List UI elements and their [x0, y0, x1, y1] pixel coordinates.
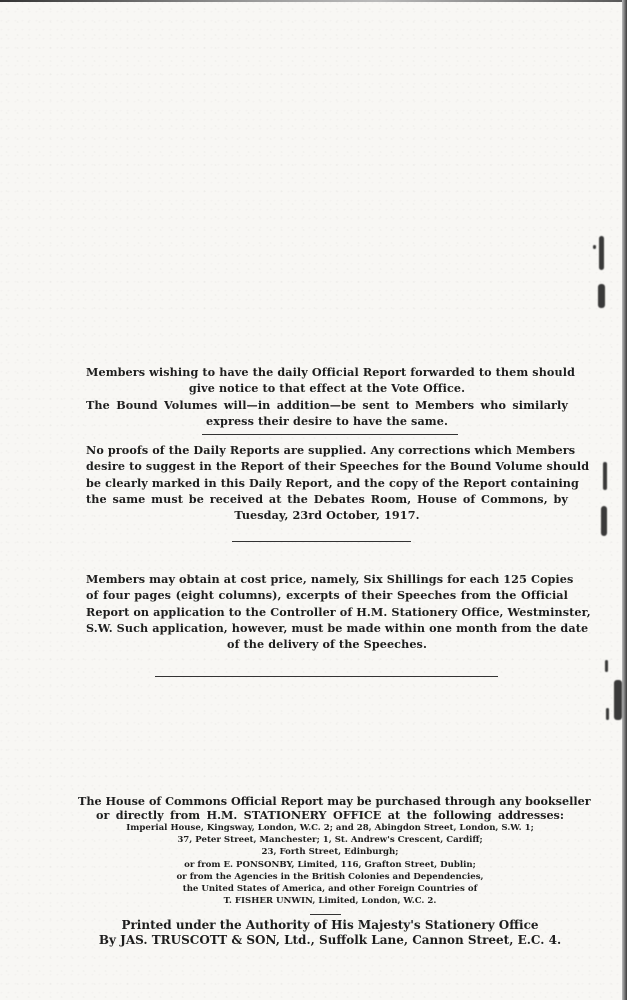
address-line: or from E. PONSONBY, Limited, 116, Graft…: [70, 859, 590, 871]
printer-line: Printed under the Authority of His Majes…: [70, 918, 590, 933]
scan-mark: [601, 506, 607, 536]
notice-line: express their desire to have the same.: [86, 413, 568, 429]
notice-line: Members wishing to have the daily Offici…: [86, 364, 568, 380]
address-line: T. FISHER UNWIN, Limited, London, W.C. 2…: [70, 895, 590, 907]
scan-mark: [598, 284, 605, 308]
divider-rule: [202, 434, 458, 435]
scan-mark: [593, 245, 596, 249]
document-page: Members wishing to have the daily Offici…: [0, 0, 627, 1000]
address-line: 37, Peter Street, Manchester; 1, St. And…: [70, 834, 590, 846]
divider-rule: [232, 541, 411, 542]
address-line: or from the Agencies in the British Colo…: [70, 871, 590, 883]
divider-rule: [310, 914, 341, 915]
corrections-notice: No proofs of the Daily Reports are suppl…: [86, 442, 568, 523]
scan-edge-right: [622, 0, 627, 1000]
excerpts-notice: Members may obtain at cost price, namely…: [86, 571, 568, 652]
notice-line: Members may obtain at cost price, namely…: [86, 571, 568, 587]
notice-line: the same must be received at the Debates…: [86, 491, 568, 507]
notice-deadline: Tuesday, 23rd October, 1917.: [86, 507, 568, 523]
purchase-line: The House of Commons Official Report may…: [70, 794, 590, 808]
vote-office-notice: Members wishing to have the daily Offici…: [86, 364, 568, 429]
notice-line: of the delivery of the Speeches.: [86, 636, 568, 652]
address-line: the United States of America, and other …: [70, 883, 590, 895]
notice-line: No proofs of the Daily Reports are suppl…: [86, 442, 568, 458]
scan-edge-top: [0, 0, 627, 2]
printer-line: By JAS. TRUSCOTT & SON, Ltd., Suffolk La…: [70, 933, 590, 948]
notice-line: S.W. Such application, however, must be …: [86, 620, 568, 636]
scan-mark: [606, 708, 609, 720]
scan-mark: [605, 660, 608, 672]
notice-line: The Bound Volumes will—in addition—be se…: [86, 397, 568, 413]
notice-line: give notice to that effect at the Vote O…: [86, 380, 568, 396]
divider-rule: [155, 676, 498, 677]
scan-mark: [603, 462, 607, 490]
notice-line: be clearly marked in this Daily Report, …: [86, 475, 568, 491]
purchase-line: or directly from H.M. STATIONERY OFFICE …: [70, 808, 590, 822]
scan-mark: [614, 680, 622, 720]
notice-line: desire to suggest in the Report of their…: [86, 458, 568, 474]
address-line: 23, Forth Street, Edinburgh;: [70, 846, 590, 858]
address-line: Imperial House, Kingsway, London, W.C. 2…: [70, 822, 590, 834]
notice-line: Report on application to the Controller …: [86, 604, 568, 620]
scan-mark: [599, 236, 604, 270]
notice-line: of four pages (eight columns), excerpts …: [86, 587, 568, 603]
printer-imprint: Printed under the Authority of His Majes…: [70, 918, 590, 948]
purchase-info: The House of Commons Official Report may…: [70, 794, 590, 907]
